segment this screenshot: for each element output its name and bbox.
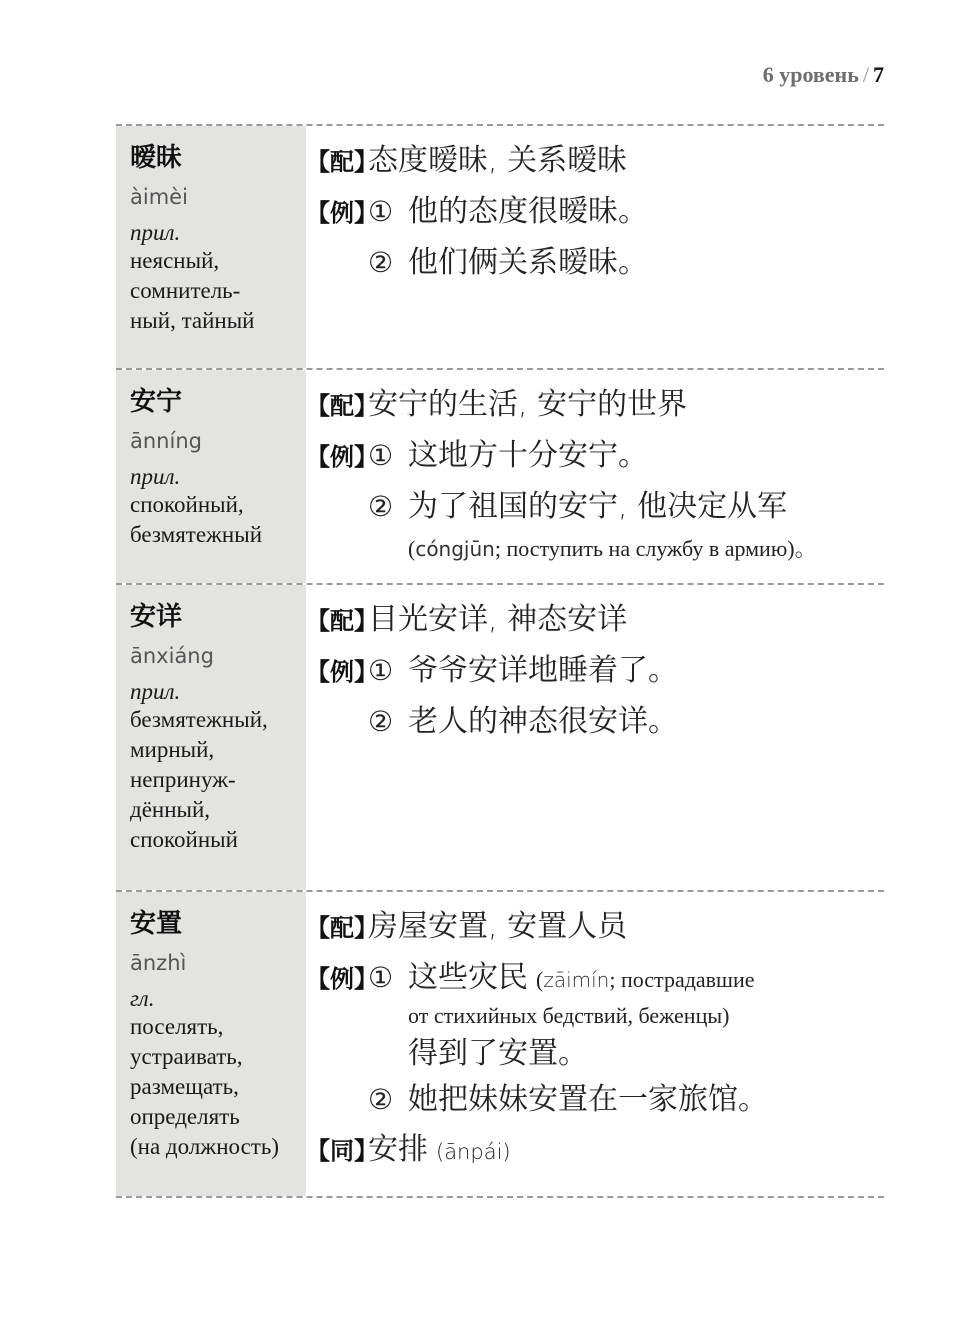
entry-headword-cell: 暧昧 àimèi прил. неясный, сомнитель- ный, … [116,126,306,368]
example-line: ② 她把妹妹安置在一家旅馆。 [306,1075,884,1125]
entry-anzhi: 安置 ānzhì гл. поселять, устраивать, разме… [116,892,884,1198]
meaning-line: безмятежный, [130,705,306,735]
collocation-line: 【配】 目光安详, 神态安详 [306,595,884,646]
pinyin: àimèi [130,182,306,212]
entry-headword-cell: 安详 ānxiáng прил. безмятежный, мирный, не… [116,585,306,890]
example-number: ① [368,187,408,237]
example-number: ① [368,646,408,696]
example-text: 他们俩关系暧昧。 [408,238,648,288]
headword: 安置 [130,906,306,942]
part-of-speech: прил. [130,679,306,705]
entry-usage-cell: 【配】 安宁的生活, 安宁的世界 【例】 ① 这地方十分安宁。 ② 为了祖国的安… [306,370,884,583]
meaning-line: дённый, [130,795,306,825]
meaning-line: устраивать, [130,1042,306,1072]
entry-headword-cell: 安宁 ānníng прил. спокойный, безмятежный [116,370,306,583]
synonym-tag: 【同】 [306,1126,368,1176]
pinyin: ānxiáng [130,641,306,671]
example-number: ② [368,1075,408,1125]
example-text: 老人的神态很安详。 [408,697,678,747]
meaning-line: (на должность) [130,1132,306,1162]
collocation-text: 安宁的生活, 安宁的世界 [368,380,687,430]
page-number: 7 [873,62,884,87]
example-text: 这些灾民 [408,953,528,1003]
entry-anxiang: 安详 ānxiáng прил. безмятежный, мирный, не… [116,585,884,892]
meaning-line: сомнитель- [130,276,306,306]
note-pinyin: zāimín [543,968,609,992]
example-note: (zāimín; пострадавшие [536,955,755,1005]
example-number: ① [368,431,408,481]
note-text: ; поступить на службу в армию [495,532,787,566]
examples-tag: 【例】 [306,188,368,238]
example-note-continued: от стихийных бедствий, беженцы) [306,999,884,1033]
pinyin: ānníng [130,426,306,456]
entry-anning: 安宁 ānníng прил. спокойный, безмятежный 【… [116,370,884,585]
example-line: ② 他们俩关系暧昧。 [306,238,884,288]
entry-usage-cell: 【配】 房屋安置, 安置人员 【例】 ① 这些灾民 (zāimín; постр… [306,892,884,1196]
synonym-text: 安排 [368,1125,428,1175]
example-line: ② 老人的神态很安详。 [306,697,884,747]
header-separator: / [863,62,869,87]
collocation-text: 房屋安置, 安置人员 [368,902,627,952]
example-line: 【例】 ① 爷爷安详地睡着了。 [306,646,884,697]
synonym-pinyin: (ānpái) [436,1127,511,1177]
example-line: 【例】 ① 这地方十分安宁。 [306,431,884,482]
part-of-speech: прил. [130,464,306,490]
example-line: 【例】 ① 他的态度很暧昧。 [306,187,884,238]
part-of-speech: гл. [130,986,306,1012]
example-number: ② [368,238,408,288]
entry-aimei: 暧昧 àimèi прил. неясный, сомнитель- ный, … [116,126,884,370]
meaning-line: определять [130,1102,306,1132]
example-text: 这地方十分安宁。 [408,431,648,481]
entry-headword-cell: 安置 ānzhì гл. поселять, устраивать, разме… [116,892,306,1196]
meaning-line: спокойный, [130,490,306,520]
examples-tag: 【例】 [306,954,368,1004]
headword: 安宁 [130,384,306,420]
examples-tag: 【例】 [306,647,368,697]
example-text: 得到了安置。 [408,1033,588,1075]
example-text: 他的态度很暧昧。 [408,187,648,237]
meaning-line: неясный, [130,246,306,276]
example-text: 为了祖国的安宁, 他决定从军 [408,482,787,532]
part-of-speech: прил. [130,220,306,246]
collocation-tag: 【配】 [306,903,368,953]
entry-usage-cell: 【配】 态度暧昧, 关系暧昧 【例】 ① 他的态度很暧昧。 ② 他们俩关系暧昧。 [306,126,884,368]
example-number: ① [368,953,408,1003]
collocation-tag: 【配】 [306,137,368,187]
example-text: 她把妹妹安置在一家旅馆。 [408,1075,768,1125]
meaning-line: размещать, [130,1072,306,1102]
section-label: 6 уровень [763,62,859,87]
meaning-line: поселять, [130,1012,306,1042]
collocation-line: 【配】 房屋安置, 安置人员 [306,902,884,953]
headword: 暧昧 [130,140,306,176]
example-text: 爷爷安详地睡着了。 [408,646,678,696]
example-line: 【例】 ① 这些灾民 (zāimín; пострадавшие [306,953,884,1005]
pinyin: ānzhì [130,948,306,978]
entry-usage-cell: 【配】 目光安详, 神态安详 【例】 ① 爷爷安详地睡着了。 ② 老人的神态很安… [306,585,884,890]
example-number: ② [368,482,408,532]
meaning-line: ный, тайный [130,306,306,336]
headword: 安详 [130,599,306,635]
collocation-tag: 【配】 [306,596,368,646]
collocation-tag: 【配】 [306,381,368,431]
meaning-line: мирный, [130,735,306,765]
meaning-line: безмятежный [130,520,306,550]
meaning-line: спокойный [130,825,306,855]
example-note: (cóngjūn; поступить на службу в армию)。 [306,532,884,566]
collocation-text: 态度暧昧, 关系暧昧 [368,136,627,186]
note-pinyin: cóngjūn [415,532,495,566]
collocation-text: 目光安详, 神态安详 [368,595,627,645]
meaning-line: непринуж- [130,765,306,795]
collocation-line: 【配】 态度暧昧, 关系暧昧 [306,136,884,187]
synonym-line: 【同】 安排 (ānpái) [306,1125,884,1177]
page-header: 6 уровень/7 [763,62,884,88]
collocation-line: 【配】 安宁的生活, 安宁的世界 [306,380,884,431]
example-line-continued: 得到了安置。 [306,1033,884,1075]
note-text: ; пострадавшие [609,967,754,992]
example-number: ② [368,697,408,747]
example-line: ② 为了祖国的安宁, 他决定从军 [306,482,884,532]
vocabulary-table: 暧昧 àimèi прил. неясный, сомнитель- ный, … [116,124,884,1198]
examples-tag: 【例】 [306,432,368,482]
